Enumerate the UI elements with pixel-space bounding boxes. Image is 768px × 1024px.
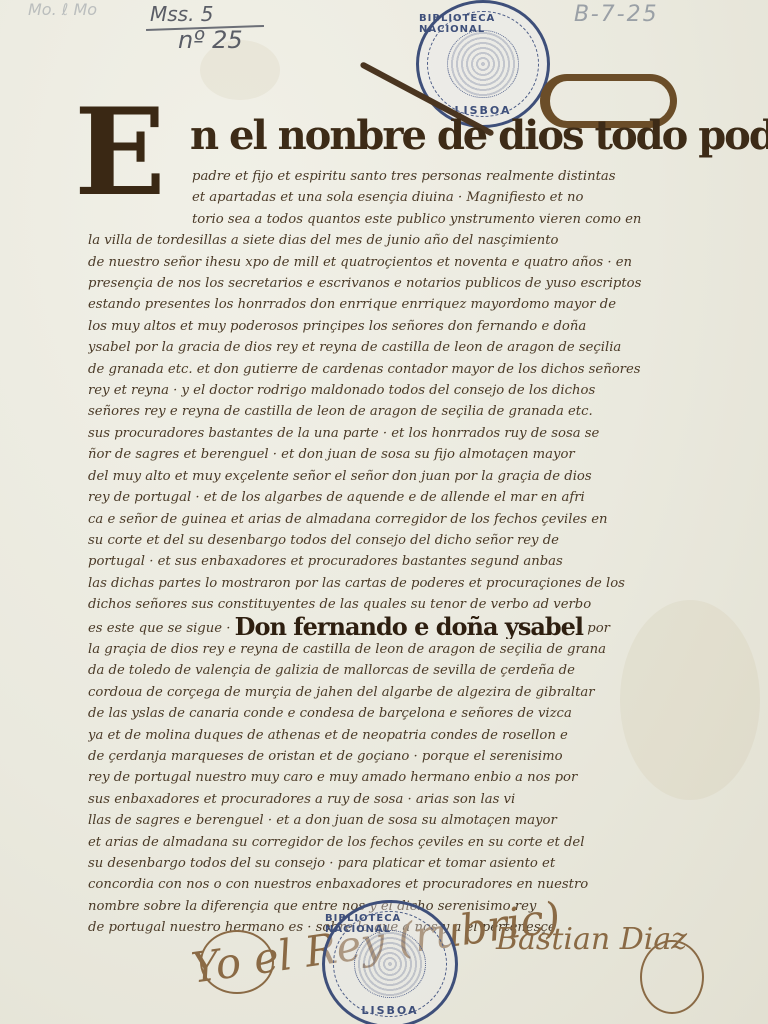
text-line: ca e señor de guinea et arias de almadan… <box>88 509 692 530</box>
text-line: concordia con nos o con nuestros enbaxad… <box>88 874 692 895</box>
faint-pencil-note: Mo. ℓ Mo <box>28 0 97 19</box>
text-line: torio sea a todos quantos este publico y… <box>88 209 692 230</box>
manuscript-page: Mo. ℓ Mo Mss. 5 nº 25 B-7-25 BIBLIOTECA … <box>0 0 768 1024</box>
text-line: las dichas partes lo mostraron por las c… <box>88 573 692 594</box>
item-number-annotation: nº 25 <box>178 26 243 54</box>
text-line: del muy alto et muy exçelente señor el s… <box>88 466 692 487</box>
library-stamp-bottom: BIBLIOTECA NACIONAL LISBOA <box>322 900 458 1024</box>
text-line: ñor de sagres et berenguel · et don juan… <box>88 444 692 465</box>
text-line: la graçia de dios rey e reyna de castill… <box>88 639 692 660</box>
document-title-line: n el nonbre de dios todo poderoso <box>190 112 768 159</box>
text-line: dichos señores sus constituyentes de las… <box>88 594 692 615</box>
text-line: su corte et del su desenbargo todos del … <box>88 530 692 551</box>
collection-annotation: Mss. 5 <box>150 2 214 26</box>
text-line-with-heading: es este que se sigue · Don fernando e do… <box>88 616 692 639</box>
text-line: presençia de nos los secretarios e escri… <box>88 273 692 294</box>
text-fragment: por <box>587 621 610 636</box>
text-line: ya et de molina duques de athenas et de … <box>88 725 692 746</box>
manuscript-body: padre et fijo et espiritu santo tres per… <box>88 166 692 939</box>
text-line: de las yslas de canaria conde e condesa … <box>88 703 692 724</box>
text-line: los muy altos et muy poderosos prinçipes… <box>88 316 692 337</box>
text-line: su desenbargo todos del su consejo · par… <box>88 853 692 874</box>
text-line: portugal · et sus enbaxadores et procura… <box>88 551 692 572</box>
text-line: rey et reyna · y el doctor rodrigo maldo… <box>88 380 692 401</box>
call-number-annotation: B-7-25 <box>574 2 659 27</box>
text-fragment: es este que se sigue · <box>88 621 230 636</box>
text-line: ysabel por la gracia de dios rey et reyn… <box>88 337 692 358</box>
text-line: rey de portugal nuestro muy caro e muy a… <box>88 767 692 788</box>
royal-names-heading: Don fernando e doña ysabel <box>235 616 583 639</box>
text-line: et apartadas et una sola esençia diuina … <box>88 187 692 208</box>
stamp-seal-icon <box>447 30 518 98</box>
text-line: padre et fijo et espiritu santo tres per… <box>88 166 692 187</box>
text-line: et arias de almadana su corregidor de lo… <box>88 832 692 853</box>
stamp-label: BIBLIOTECA NACIONAL <box>325 913 455 935</box>
library-stamp-top: BIBLIOTECA NACIONAL LISBOA <box>416 0 550 128</box>
text-line: cordoua de corçega de murçia de jahen de… <box>88 682 692 703</box>
signature-rubric-loop <box>640 940 704 1014</box>
signature-rubric-loop <box>200 930 274 994</box>
text-line: sus enbaxadores et procuradores a ruy de… <box>88 789 692 810</box>
text-line: sus procuradores bastantes de la una par… <box>88 423 692 444</box>
stamp-seal-icon <box>354 930 426 998</box>
text-line: rey de portugal · et de los algarbes de … <box>88 487 692 508</box>
text-line: señores rey e reyna de castilla de leon … <box>88 401 692 422</box>
text-line: de çerdanja marqueses de oristan et de g… <box>88 746 692 767</box>
stamp-city: LISBOA <box>362 1004 419 1017</box>
stamp-label: BIBLIOTECA NACIONAL <box>419 13 547 35</box>
text-line: estando presentes los honrrados don enrr… <box>88 294 692 315</box>
text-line: de nuestro señor ihesu xpo de mill et qu… <box>88 252 692 273</box>
text-line: llas de sagres e berenguel · et a don ju… <box>88 810 692 831</box>
text-line: da de toledo de valençia de galizia de m… <box>88 660 692 681</box>
text-line: de granada etc. et don gutierre de carde… <box>88 359 692 380</box>
text-line: la villa de tordesillas a siete dias del… <box>88 230 692 251</box>
